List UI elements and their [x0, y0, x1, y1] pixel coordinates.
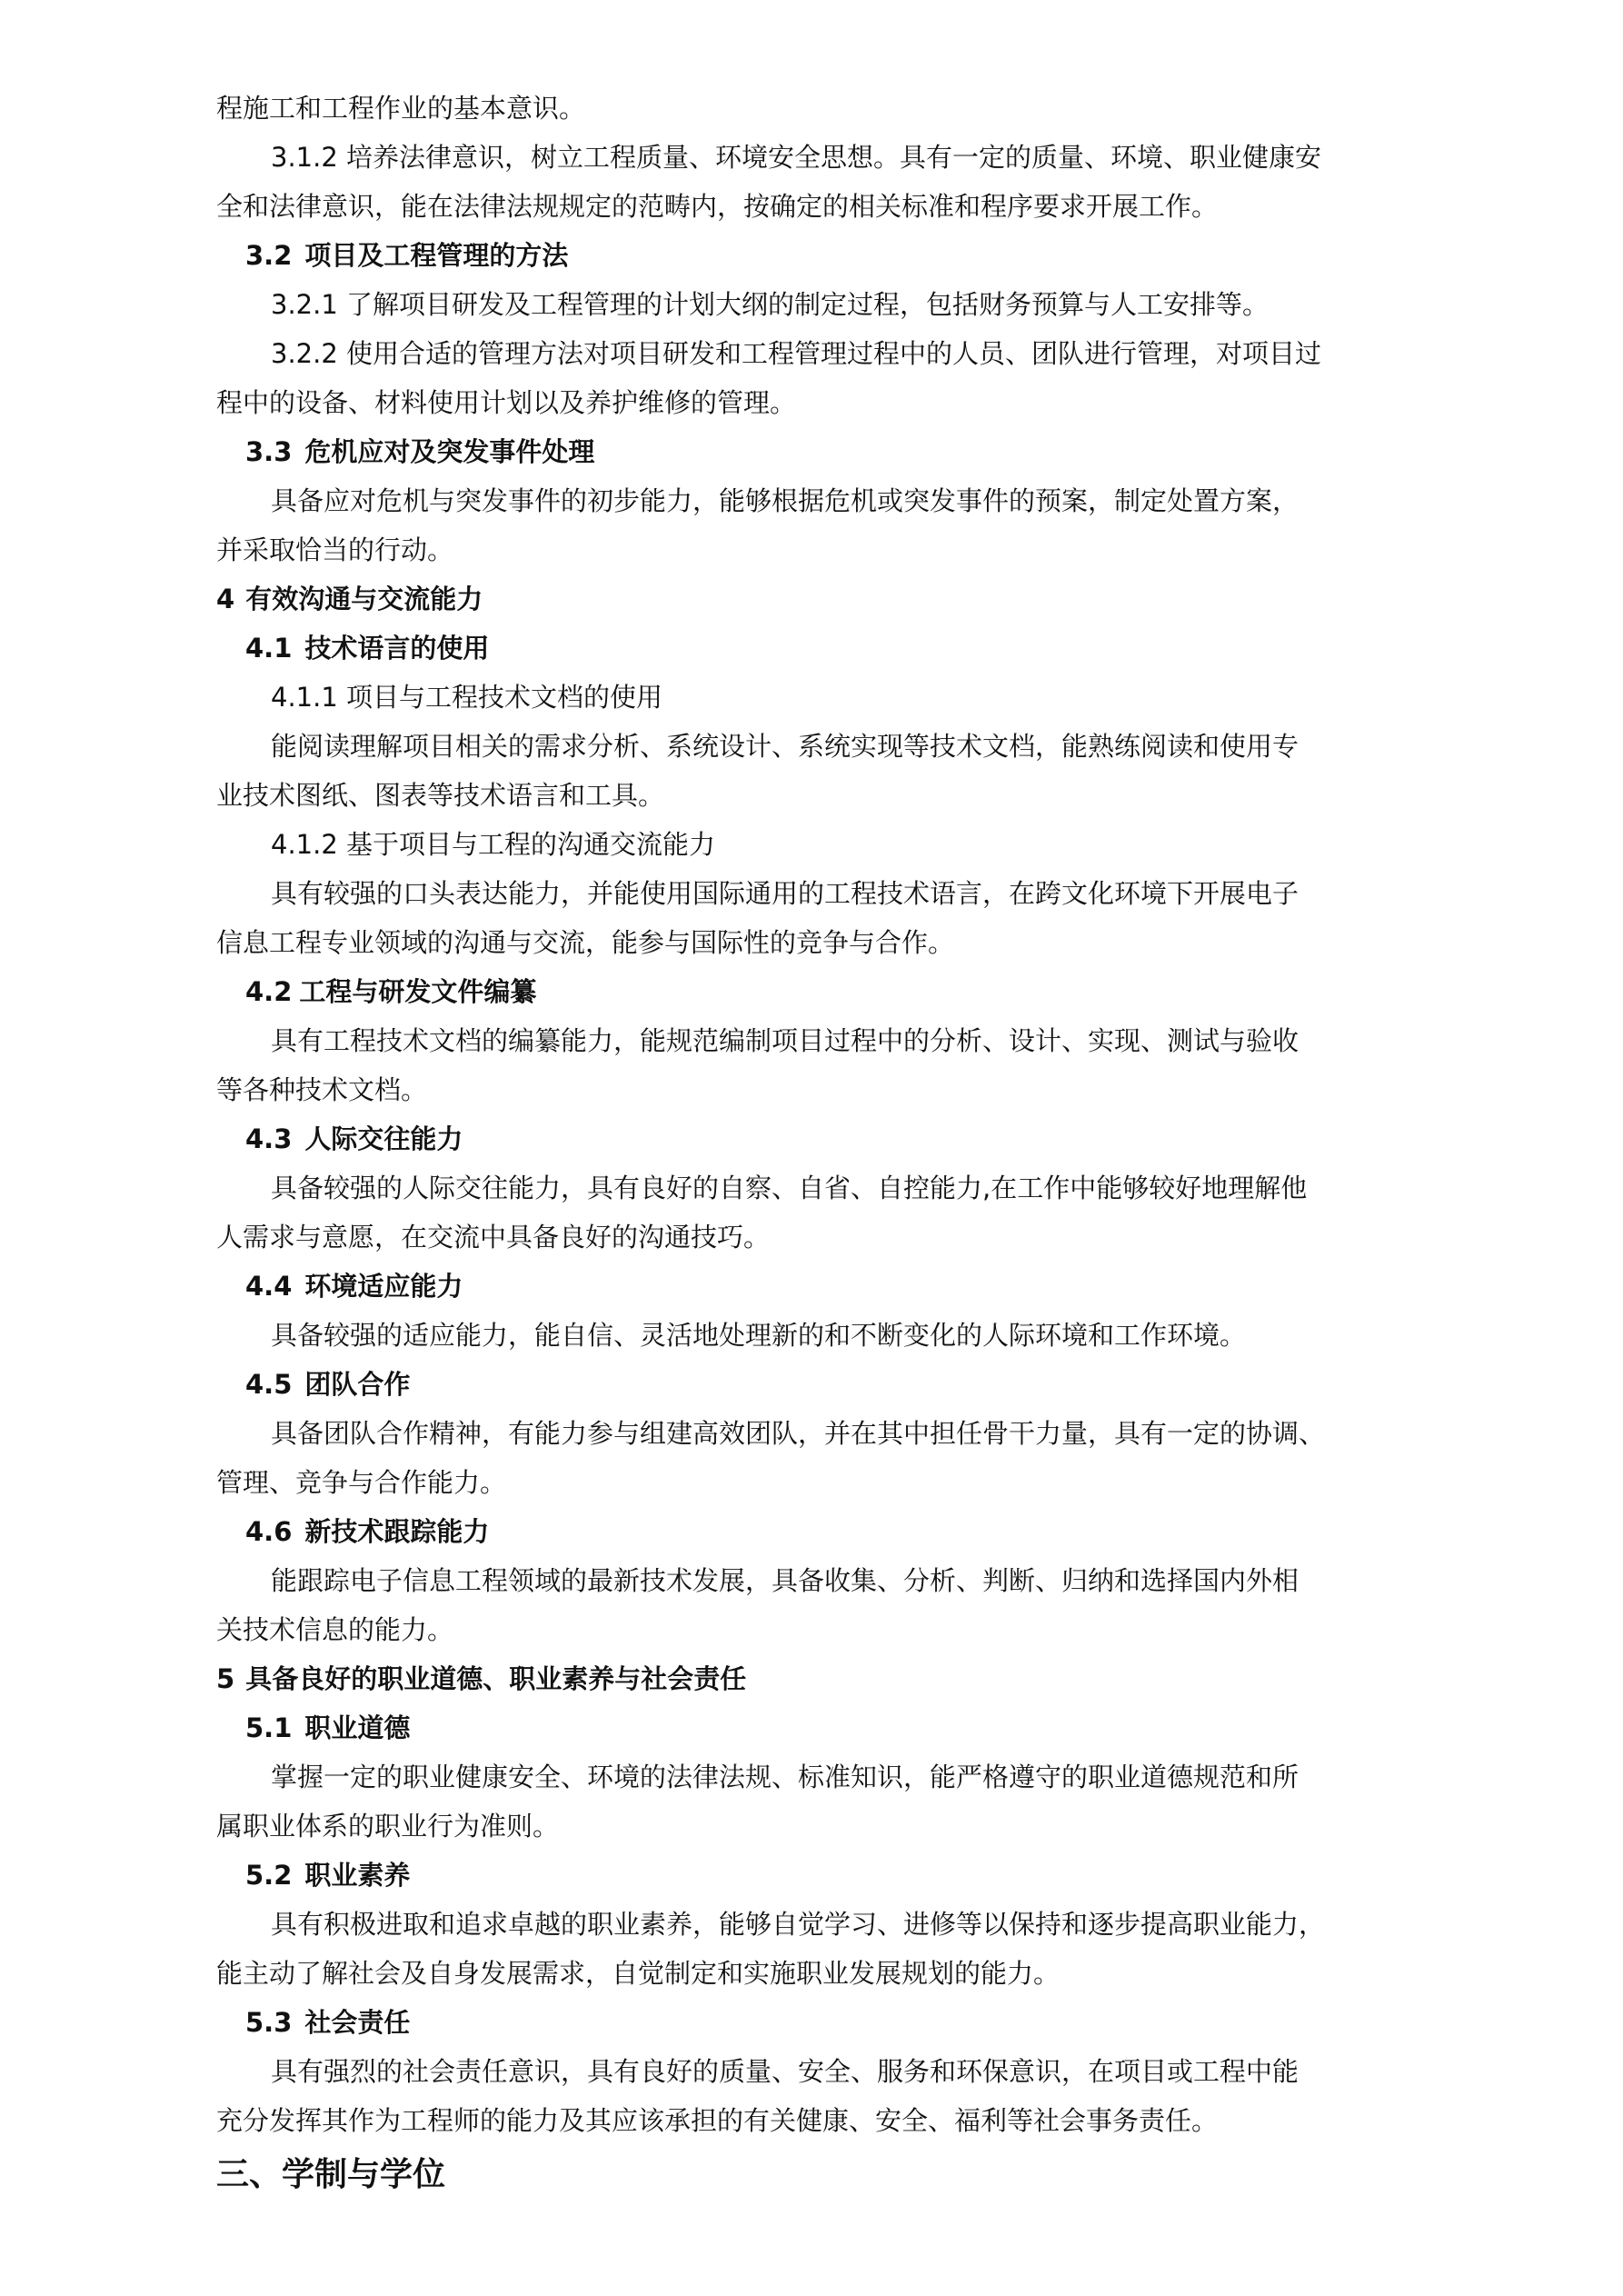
section-heading-3-2: 3.2项目及工程管理的方法 [216, 231, 1390, 280]
paragraph-crisis: 具备应对危机与突发事件的初步能力，能够根据危机或突发事件的预案，制定处置方案， … [216, 476, 1390, 574]
paragraph-line: 掌握一定的职业健康安全、环境的法律法规、标准知识，能严格遵守的职业道德规范和所 [216, 1752, 1390, 1802]
paragraph-adaptability: 具备较强的适应能力，能自信、灵活地处理新的和不断变化的人际环境和工作环境。 [216, 1311, 1390, 1360]
heading-number: 3.2 [245, 231, 292, 280]
paragraph-line: 程中的设备、材料使用计划以及养护维修的管理。 [216, 378, 1390, 427]
paragraph-line: 能阅读理解项目相关的需求分析、系统设计、系统实现等技术文档，能熟练阅读和使用专 [216, 722, 1390, 771]
section-heading-4-2: 4.2工程与研发文件编纂 [216, 967, 1390, 1016]
section-heading-5-3: 5.3社会责任 [216, 1998, 1390, 2047]
heading-title: 具备良好的职业道德、职业素养与社会责任 [245, 1663, 746, 1694]
paragraph-line: 能跟踪电子信息工程领域的最新技术发展，具备收集、分析、判断、归纳和选择国内外相 [216, 1556, 1390, 1605]
section-heading-4: 4有效沟通与交流能力 [216, 574, 1390, 624]
heading-title: 社会责任 [304, 2007, 410, 2038]
paragraph-social-responsibility: 具有强烈的社会责任意识，具有良好的质量、安全、服务和环保意识，在项目或工程中能 … [216, 2047, 1390, 2145]
heading-title: 危机应对及突发事件处理 [304, 436, 594, 467]
paragraph-3-1-2: 3.1.2 培养法律意识，树立工程质量、环境安全思想。具有一定的质量、环境、职业… [216, 133, 1390, 231]
heading-title: 团队合作 [304, 1369, 410, 1400]
paragraph-line: 等各种技术文档。 [216, 1065, 1390, 1114]
heading-number: 4.6 [245, 1507, 292, 1556]
heading-title: 有效沟通与交流能力 [245, 584, 483, 614]
paragraph-line: 具备团队合作精神，有能力参与组建高效团队，并在其中担任骨干力量，具有一定的协调、 [216, 1409, 1390, 1458]
paragraph-professionalism: 具有积极进取和追求卓越的职业素养，能够自觉学习、进修等以保持和逐步提高职业能力，… [216, 1900, 1390, 1998]
heading-number: 4 [216, 574, 234, 624]
heading-title: 职业道德 [304, 1712, 410, 1743]
heading-number: 4.5 [245, 1360, 292, 1409]
paragraph-line: 管理、竞争与合作能力。 [216, 1458, 1390, 1507]
paragraph-tech-tracking: 能跟踪电子信息工程领域的最新技术发展，具备收集、分析、判断、归纳和选择国内外相 … [216, 1556, 1390, 1654]
chapter-heading: 三、学制与学位 [216, 2147, 1390, 2203]
section-heading-5-1: 5.1职业道德 [216, 1703, 1390, 1752]
subheading-4-1-2: 4.1.2 基于项目与工程的沟通交流能力 [216, 820, 1390, 869]
paragraph-line: 全和法律意识，能在法律法规规定的范畴内，按确定的相关标准和程序要求开展工作。 [216, 182, 1390, 231]
paragraph-line: 信息工程专业领域的沟通与交流，能参与国际性的竞争与合作。 [216, 918, 1390, 967]
heading-title: 人际交往能力 [304, 1123, 463, 1154]
heading-number: 4.3 [245, 1114, 292, 1163]
paragraph-line: 具有工程技术文档的编纂能力，能规范编制项目过程中的分析、设计、实现、测试与验收 [216, 1016, 1390, 1065]
paragraph-interpersonal: 具备较强的人际交往能力，具有良好的自察、自省、自控能力,在工作中能够较好地理解他… [216, 1163, 1390, 1262]
section-heading-5: 5具备良好的职业道德、职业素养与社会责任 [216, 1654, 1390, 1703]
section-heading-4-1: 4.1技术语言的使用 [216, 624, 1390, 673]
paragraph-line: 具备应对危机与突发事件的初步能力，能够根据危机或突发事件的预案，制定处置方案， [216, 476, 1390, 525]
paragraph-line: 3.1.2 培养法律意识，树立工程质量、环境安全思想。具有一定的质量、环境、职业… [216, 133, 1390, 182]
heading-number: 5.1 [245, 1703, 292, 1752]
section-heading-4-3: 4.3人际交往能力 [216, 1114, 1390, 1163]
paragraph-line: 充分发挥其作为工程师的能力及其应该承担的有关健康、安全、福利等社会事务责任。 [216, 2096, 1390, 2145]
paragraph-line: 关技术信息的能力。 [216, 1605, 1390, 1654]
paragraph-continuation: 程施工和工程作业的基本意识。 [216, 84, 1390, 133]
paragraph-ethics: 掌握一定的职业健康安全、环境的法律法规、标准知识，能严格遵守的职业道德规范和所 … [216, 1752, 1390, 1851]
paragraph-line: 4.1.1 项目与工程技术文档的使用 [216, 673, 1390, 722]
heading-title: 环境适应能力 [304, 1271, 463, 1302]
paragraph-line: 4.1.2 基于项目与工程的沟通交流能力 [216, 820, 1390, 869]
paragraph-line: 3.2.2 使用合适的管理方法对项目研发和工程管理过程中的人员、团队进行管理，对… [216, 329, 1390, 378]
subheading-4-1-1: 4.1.1 项目与工程技术文档的使用 [216, 673, 1390, 722]
heading-number: 5.3 [245, 1998, 292, 2047]
paragraph-line: 具有积极进取和追求卓越的职业素养，能够自觉学习、进修等以保持和逐步提高职业能力， [216, 1900, 1390, 1949]
paragraph-line: 能主动了解社会及自身发展需求，自觉制定和实施职业发展规划的能力。 [216, 1949, 1390, 1998]
paragraph-line: 属职业体系的职业行为准则。 [216, 1802, 1390, 1851]
section-heading-3-3: 3.3危机应对及突发事件处理 [216, 427, 1390, 476]
document-page: 程施工和工程作业的基本意识。 3.1.2 培养法律意识，树立工程质量、环境安全思… [216, 84, 1390, 2203]
paragraph-line: 人需求与意愿，在交流中具备良好的沟通技巧。 [216, 1213, 1390, 1262]
section-heading-4-5: 4.5团队合作 [216, 1360, 1390, 1409]
paragraph-teamwork: 具备团队合作精神，有能力参与组建高效团队，并在其中担任骨干力量，具有一定的协调、… [216, 1409, 1390, 1507]
paragraph-communication: 具有较强的口头表达能力，并能使用国际通用的工程技术语言，在跨文化环境下开展电子 … [216, 869, 1390, 967]
heading-title: 工程与研发文件编纂 [299, 976, 536, 1007]
section-heading-4-6: 4.6新技术跟踪能力 [216, 1507, 1390, 1556]
heading-title: 职业素养 [304, 1860, 410, 1891]
paragraph-3-2-2: 3.2.2 使用合适的管理方法对项目研发和工程管理过程中的人员、团队进行管理，对… [216, 329, 1390, 427]
heading-number: 4.1 [245, 624, 292, 673]
heading-title: 技术语言的使用 [304, 633, 489, 664]
paragraph-line: 具有较强的口头表达能力，并能使用国际通用的工程技术语言，在跨文化环境下开展电子 [216, 869, 1390, 918]
section-heading-4-4: 4.4环境适应能力 [216, 1262, 1390, 1311]
paragraph-line: 业技术图纸、图表等技术语言和工具。 [216, 771, 1390, 820]
heading-number: 4.4 [245, 1262, 292, 1311]
heading-number: 5 [216, 1654, 234, 1703]
section-heading-5-2: 5.2职业素养 [216, 1851, 1390, 1900]
paragraph-3-2-1: 3.2.1 了解项目研发及工程管理的计划大纲的制定过程，包括财务预算与人工安排等… [216, 280, 1390, 329]
paragraph-line: 3.2.1 了解项目研发及工程管理的计划大纲的制定过程，包括财务预算与人工安排等… [216, 280, 1390, 329]
heading-number: 3.3 [245, 427, 292, 476]
heading-number: 4.2 [245, 967, 292, 1016]
heading-title: 新技术跟踪能力 [304, 1516, 489, 1547]
paragraph-tech-docs: 能阅读理解项目相关的需求分析、系统设计、系统实现等技术文档，能熟练阅读和使用专 … [216, 722, 1390, 820]
paragraph-line: 具备较强的人际交往能力，具有良好的自察、自省、自控能力,在工作中能够较好地理解他 [216, 1163, 1390, 1213]
heading-title: 项目及工程管理的方法 [304, 240, 568, 271]
heading-number: 5.2 [245, 1851, 292, 1900]
paragraph-line: 具备较强的适应能力，能自信、灵活地处理新的和不断变化的人际环境和工作环境。 [216, 1311, 1390, 1360]
paragraph-documentation: 具有工程技术文档的编纂能力，能规范编制项目过程中的分析、设计、实现、测试与验收 … [216, 1016, 1390, 1114]
paragraph-line: 具有强烈的社会责任意识，具有良好的质量、安全、服务和环保意识，在项目或工程中能 [216, 2047, 1390, 2096]
paragraph-line: 并采取恰当的行动。 [216, 525, 1390, 574]
